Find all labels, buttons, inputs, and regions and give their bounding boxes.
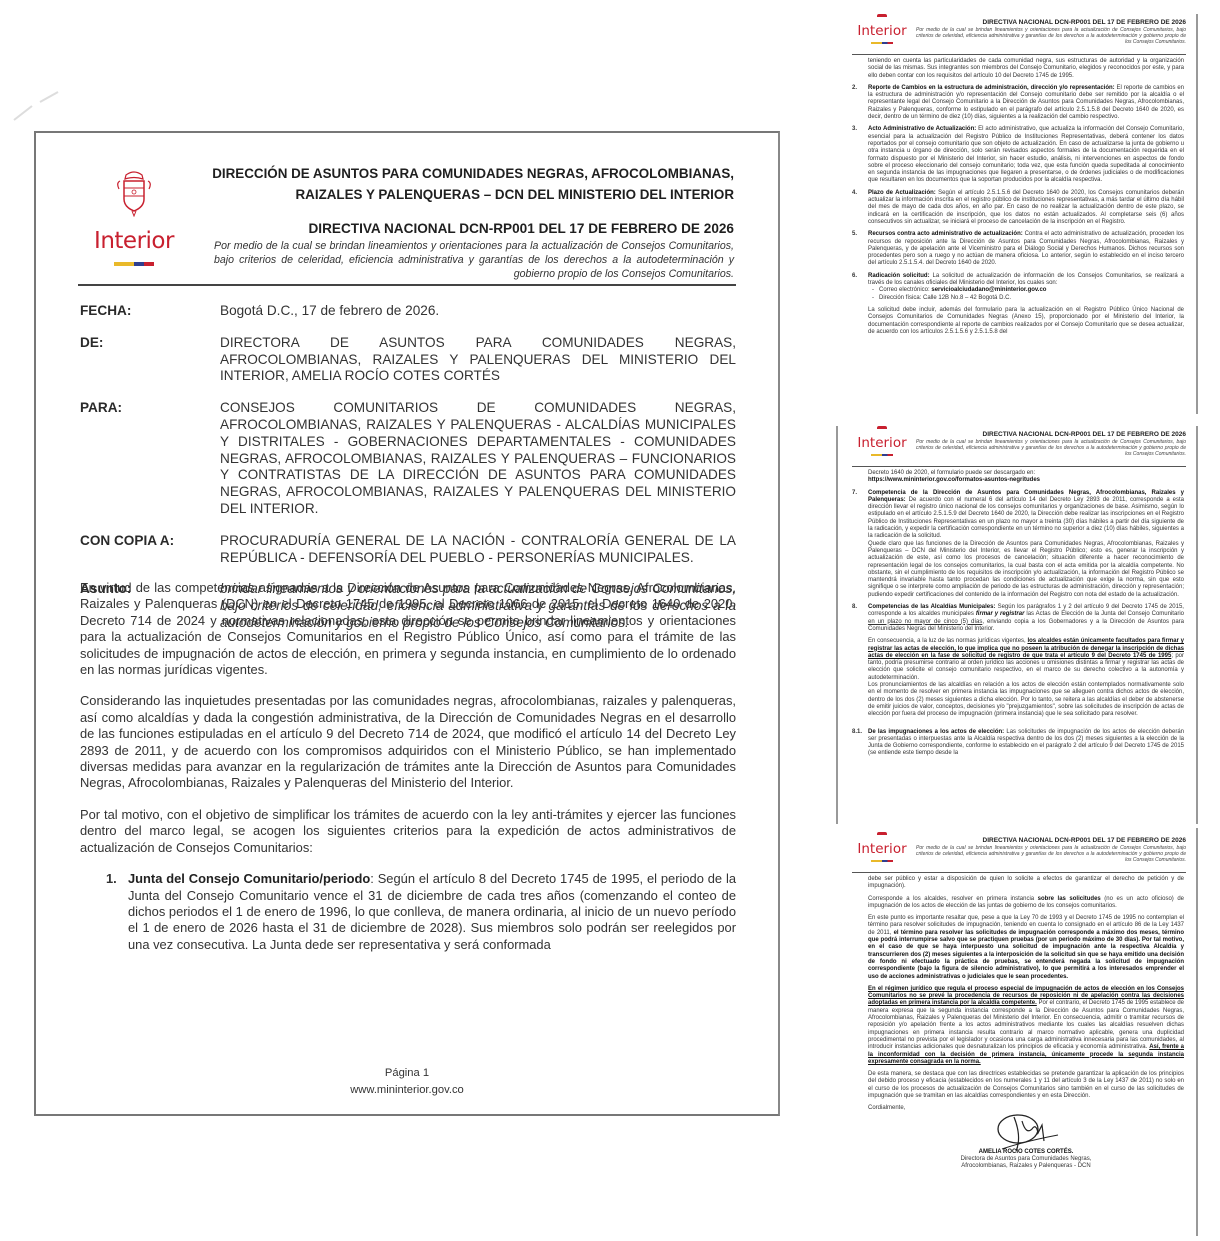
directive-title: DIRECTIVA NACIONAL DCN-RP001 DEL 17 DE F… (174, 221, 734, 236)
bold-text: sobre las solicitudes (1038, 896, 1101, 902)
meta-label: FECHA: (80, 303, 220, 320)
criterion-item-1: 1. Junta del Consejo Comunitario/periodo… (106, 871, 736, 953)
body-paragraph: En virtud de las competencias asignadas … (80, 580, 736, 678)
criterion-body: De acuerdo con el numeral 6 del artículo… (868, 497, 1184, 539)
meta-label: PARA: (80, 400, 220, 518)
criterion-number: 6. (852, 273, 868, 341)
criterion-title: Acto Administrativo de Actualización: (868, 126, 976, 132)
directive-title: DIRECTIVA NACIONAL DCN-RP001 DEL 17 DE F… (983, 19, 1186, 26)
body-paragraph: Decreto 1640 de 2020, el formulario pued… (868, 470, 1184, 485)
signer-role: Directora de Asuntos para Comunidades Ne… (868, 1156, 1184, 1163)
criterion-text: De las impugnaciones a los actos de elec… (868, 729, 1184, 758)
body-paragraph: teniendo en cuenta las particularidades … (868, 58, 1184, 80)
page-header: Interior DIRECCIÓN DE ASUNTOS PARA COMUN… (36, 133, 778, 283)
criterion-text: Competencia de la Dirección de Asuntos p… (868, 490, 1184, 599)
flag-color-bar (871, 42, 893, 44)
logo-wordmark: Interior (80, 228, 188, 254)
criterion-number: 1. (106, 871, 128, 953)
body-paragraph: En este punto es importante resaltar que… (868, 915, 1184, 981)
criterion-item-6: 6.Radicación solicitud: La solicitud de … (852, 273, 1184, 341)
criterion-item-4: 4.Plazo de Actualización: Según el artíc… (852, 190, 1184, 226)
criterion-text: Radicación solicitud: La solicitud de ac… (868, 273, 1184, 341)
criterion-text: Acto Administrativo de Actualización: El… (868, 126, 1184, 184)
body-paragraph: La solicitud debe incluir, además del fo… (868, 307, 1184, 336)
criterion-text: Plazo de Actualización: Según el artícul… (868, 190, 1184, 226)
bold-text: el término para resolver las solicitudes… (868, 930, 1184, 980)
criterion-text: Reporte de Cambios en la estructura de a… (868, 85, 1184, 121)
directive-body: En virtud de las competencias asignadas … (80, 580, 736, 953)
criterion-number: 8. (852, 604, 868, 723)
channel-email: - Correo electrónico: servicioalciudadan… (872, 287, 1184, 294)
forms-download-link[interactable]: https://www.mininterior.gov.co/formatos-… (868, 477, 1040, 483)
directive-title: DIRECTIVA NACIONAL DCN-RP001 DEL 17 DE F… (983, 837, 1186, 844)
criterion-number: 4. (852, 190, 868, 226)
directive-page-3: Interior DIRECTIVA NACIONAL DCN-RP001 DE… (836, 426, 1198, 824)
criterion-title: Plazo de Actualización: (868, 190, 936, 196)
criterion-body: las Actas de Elección de la Junta del Co… (1024, 611, 1184, 617)
page-body: teniendo en cuenta las particularidades … (838, 58, 1196, 341)
meta-label: CON COPIA A: (80, 533, 220, 567)
body-paragraph: Corresponde a los alcaldes, resolver en … (868, 896, 1184, 911)
criterion-number: 3. (852, 126, 868, 184)
body-paragraph: debe ser público y estar a disposición d… (868, 876, 1184, 891)
logo-wordmark: Interior (852, 436, 912, 451)
footer-website: www.mininterior.gov.co (36, 1082, 778, 1099)
page-number: Página 1 (36, 1065, 778, 1082)
criterion-text: Junta del Consejo Comunitario/periodo: S… (128, 871, 736, 953)
meta-value: PROCURADURÍA GENERAL DE LA NACIÓN - CONT… (220, 533, 736, 567)
criterion-item-8: 8.Competencias de las Alcaldías Municipa… (852, 604, 1184, 723)
logo-wordmark: Interior (852, 24, 912, 39)
coat-of-arms-icon (877, 426, 887, 435)
channel-label: Correo electrónico: (879, 287, 931, 293)
signature-block: AMELIA ROCÍO COTES CORTÉS. Directora de … (868, 1111, 1184, 1171)
underlined-text: en un plazo no mayor de cinco (5) días (868, 619, 982, 625)
criterion-number: 7. (852, 490, 868, 599)
page-body: debe ser público y estar a disposición d… (838, 876, 1196, 1171)
emphasis-text: firmar y registrar (976, 611, 1025, 617)
email-link[interactable]: servicioalciudadano@mininterior.gov.co (931, 287, 1046, 293)
criterion-number: 8.1. (852, 729, 868, 758)
paragraph-text: Corresponde a los alcaldes, resolver en … (868, 896, 1038, 902)
directive-page-1: Interior DIRECCIÓN DE ASUNTOS PARA COMUN… (34, 131, 780, 1116)
criterion-text: Competencias de las Alcaldías Municipale… (868, 604, 1184, 723)
flag-color-bar (871, 454, 893, 456)
meta-de: DE: DIRECTORA DE ASUNTOS PARA COMUNIDADE… (80, 335, 736, 385)
ministry-logo: Interior (852, 14, 912, 44)
ministry-logo: Interior (852, 426, 912, 456)
body-paragraph: Por tal motivo, con el objetivo de simpl… (80, 807, 736, 856)
criterion-title: De las impugnaciones a los actos de elec… (868, 729, 1004, 735)
meta-value: DIRECTORA DE ASUNTOS PARA COMUNIDADES NE… (220, 335, 736, 385)
channel-address: - Dirección física: Calle 12B No.8 – 42 … (872, 295, 1184, 302)
page-body: Decreto 1640 de 2020, el formulario pued… (838, 470, 1196, 758)
ministry-logo: Interior (852, 832, 912, 862)
signer-name: AMELIA ROCÍO COTES CORTÉS. (868, 1149, 1184, 1156)
flag-color-bar (114, 262, 154, 266)
flag-color-bar (871, 860, 893, 862)
directive-page-2: Interior DIRECTIVA NACIONAL DCN-RP001 DE… (836, 14, 1198, 414)
directive-subtitle: Por medio de la cual se brindan lineamie… (214, 239, 734, 281)
meta-para: PARA: CONSEJOS COMUNITARIOS DE COMUNIDAD… (80, 400, 736, 518)
criterion-title: Recursos contra acto administrativo de a… (868, 231, 1023, 237)
body-paragraph: Considerando las inquietudes presentadas… (80, 693, 736, 791)
criterion-item-8-1: 8.1.De las impugnaciones a los actos de … (852, 729, 1184, 758)
criterion-number: 5. (852, 231, 868, 267)
criterion-number: 2. (852, 85, 868, 121)
criterion-item-3: 3.Acto Administrativo de Actualización: … (852, 126, 1184, 184)
body-paragraph: De esta manera, se destaca que con las d… (868, 1071, 1184, 1100)
channel-label: Dirección física: Calle 12B No.8 – 42 Bo… (879, 295, 1011, 301)
criterion-title: Competencias de las Alcaldías Municipale… (868, 604, 995, 610)
header-divider (78, 284, 736, 286)
directive-subtitle: Por medio de la cual se brindan lineamie… (916, 845, 1186, 864)
meta-label: DE: (80, 335, 220, 385)
ministry-logo: Interior (80, 169, 188, 266)
header-direction-line-1: DIRECCIÓN DE ASUNTOS PARA COMUNIDADES NE… (204, 163, 734, 184)
criterion-body: Quede claro que las funciones de la Dire… (868, 541, 1184, 598)
meta-fecha: FECHA: Bogotá D.C., 17 de febrero de 202… (80, 303, 736, 320)
criterion-item-2: 2.Reporte de Cambios en la estructura de… (852, 85, 1184, 121)
criterion-body: El acto administrativo, que actualiza la… (868, 126, 1184, 183)
criterion-title: Junta del Consejo Comunitario/periodo (128, 871, 370, 886)
directive-title: DIRECTIVA NACIONAL DCN-RP001 DEL 17 DE F… (983, 431, 1186, 438)
continuation-text: Decreto 1640 de 2020, el formulario pued… (868, 470, 1035, 476)
coat-of-arms-icon (877, 832, 887, 841)
criterion-item-7: 7.Competencia de la Dirección de Asuntos… (852, 490, 1184, 599)
page-header: Interior DIRECTIVA NACIONAL DCN-RP001 DE… (852, 14, 1186, 55)
body-paragraph: En el régimen jurídico que regula el pro… (868, 986, 1184, 1066)
colombia-coat-of-arms-icon (116, 169, 152, 217)
criterion-title: Radicación solicitud: (868, 273, 930, 279)
header-direction-line-2: RAIZALES Y PALENQUERAS – DCN DEL MINISTE… (204, 184, 734, 205)
page-footer: Página 1 www.mininterior.gov.co (36, 1065, 778, 1099)
directive-subtitle: Por medio de la cual se brindan lineamie… (916, 27, 1186, 46)
paragraph-text: Los pronunciamientos de las alcaldías en… (868, 682, 1184, 717)
meta-value: CONSEJOS COMUNITARIOS DE COMUNIDADES NEG… (220, 400, 736, 518)
signer-role: Afrocolombianas, Raizales y Palenqueras … (868, 1163, 1184, 1170)
meta-con-copia: CON COPIA A: PROCURADURÍA GENERAL DE LA … (80, 533, 736, 567)
directive-subtitle: Por medio de la cual se brindan lineamie… (916, 439, 1186, 458)
criterion-title: Reporte de Cambios en la estructura de a… (868, 85, 1115, 91)
coat-of-arms-icon (877, 14, 887, 23)
meta-value: Bogotá D.C., 17 de febrero de 2026. (220, 303, 736, 320)
scan-artifact-mark (10, 88, 70, 128)
page-header: Interior DIRECTIVA NACIONAL DCN-RP001 DE… (852, 832, 1186, 873)
paragraph-text: Por el contrario, el Decreto 1745 de 199… (868, 1000, 1184, 1050)
criterion-item-5: 5.Recursos contra acto administrativo de… (852, 231, 1184, 267)
criterion-text: Recursos contra acto administrativo de a… (868, 231, 1184, 267)
directive-page-4: Interior DIRECTIVA NACIONAL DCN-RP001 DE… (836, 828, 1198, 1236)
header-direction: DIRECCIÓN DE ASUNTOS PARA COMUNIDADES NE… (204, 163, 734, 205)
paragraph-text: En consecuencia, a la luz de las normas … (868, 638, 1027, 644)
logo-wordmark: Interior (852, 842, 912, 857)
body-paragraph: En consecuencia, a la luz de las normas … (868, 638, 1184, 718)
page-header: Interior DIRECTIVA NACIONAL DCN-RP001 DE… (852, 426, 1186, 467)
